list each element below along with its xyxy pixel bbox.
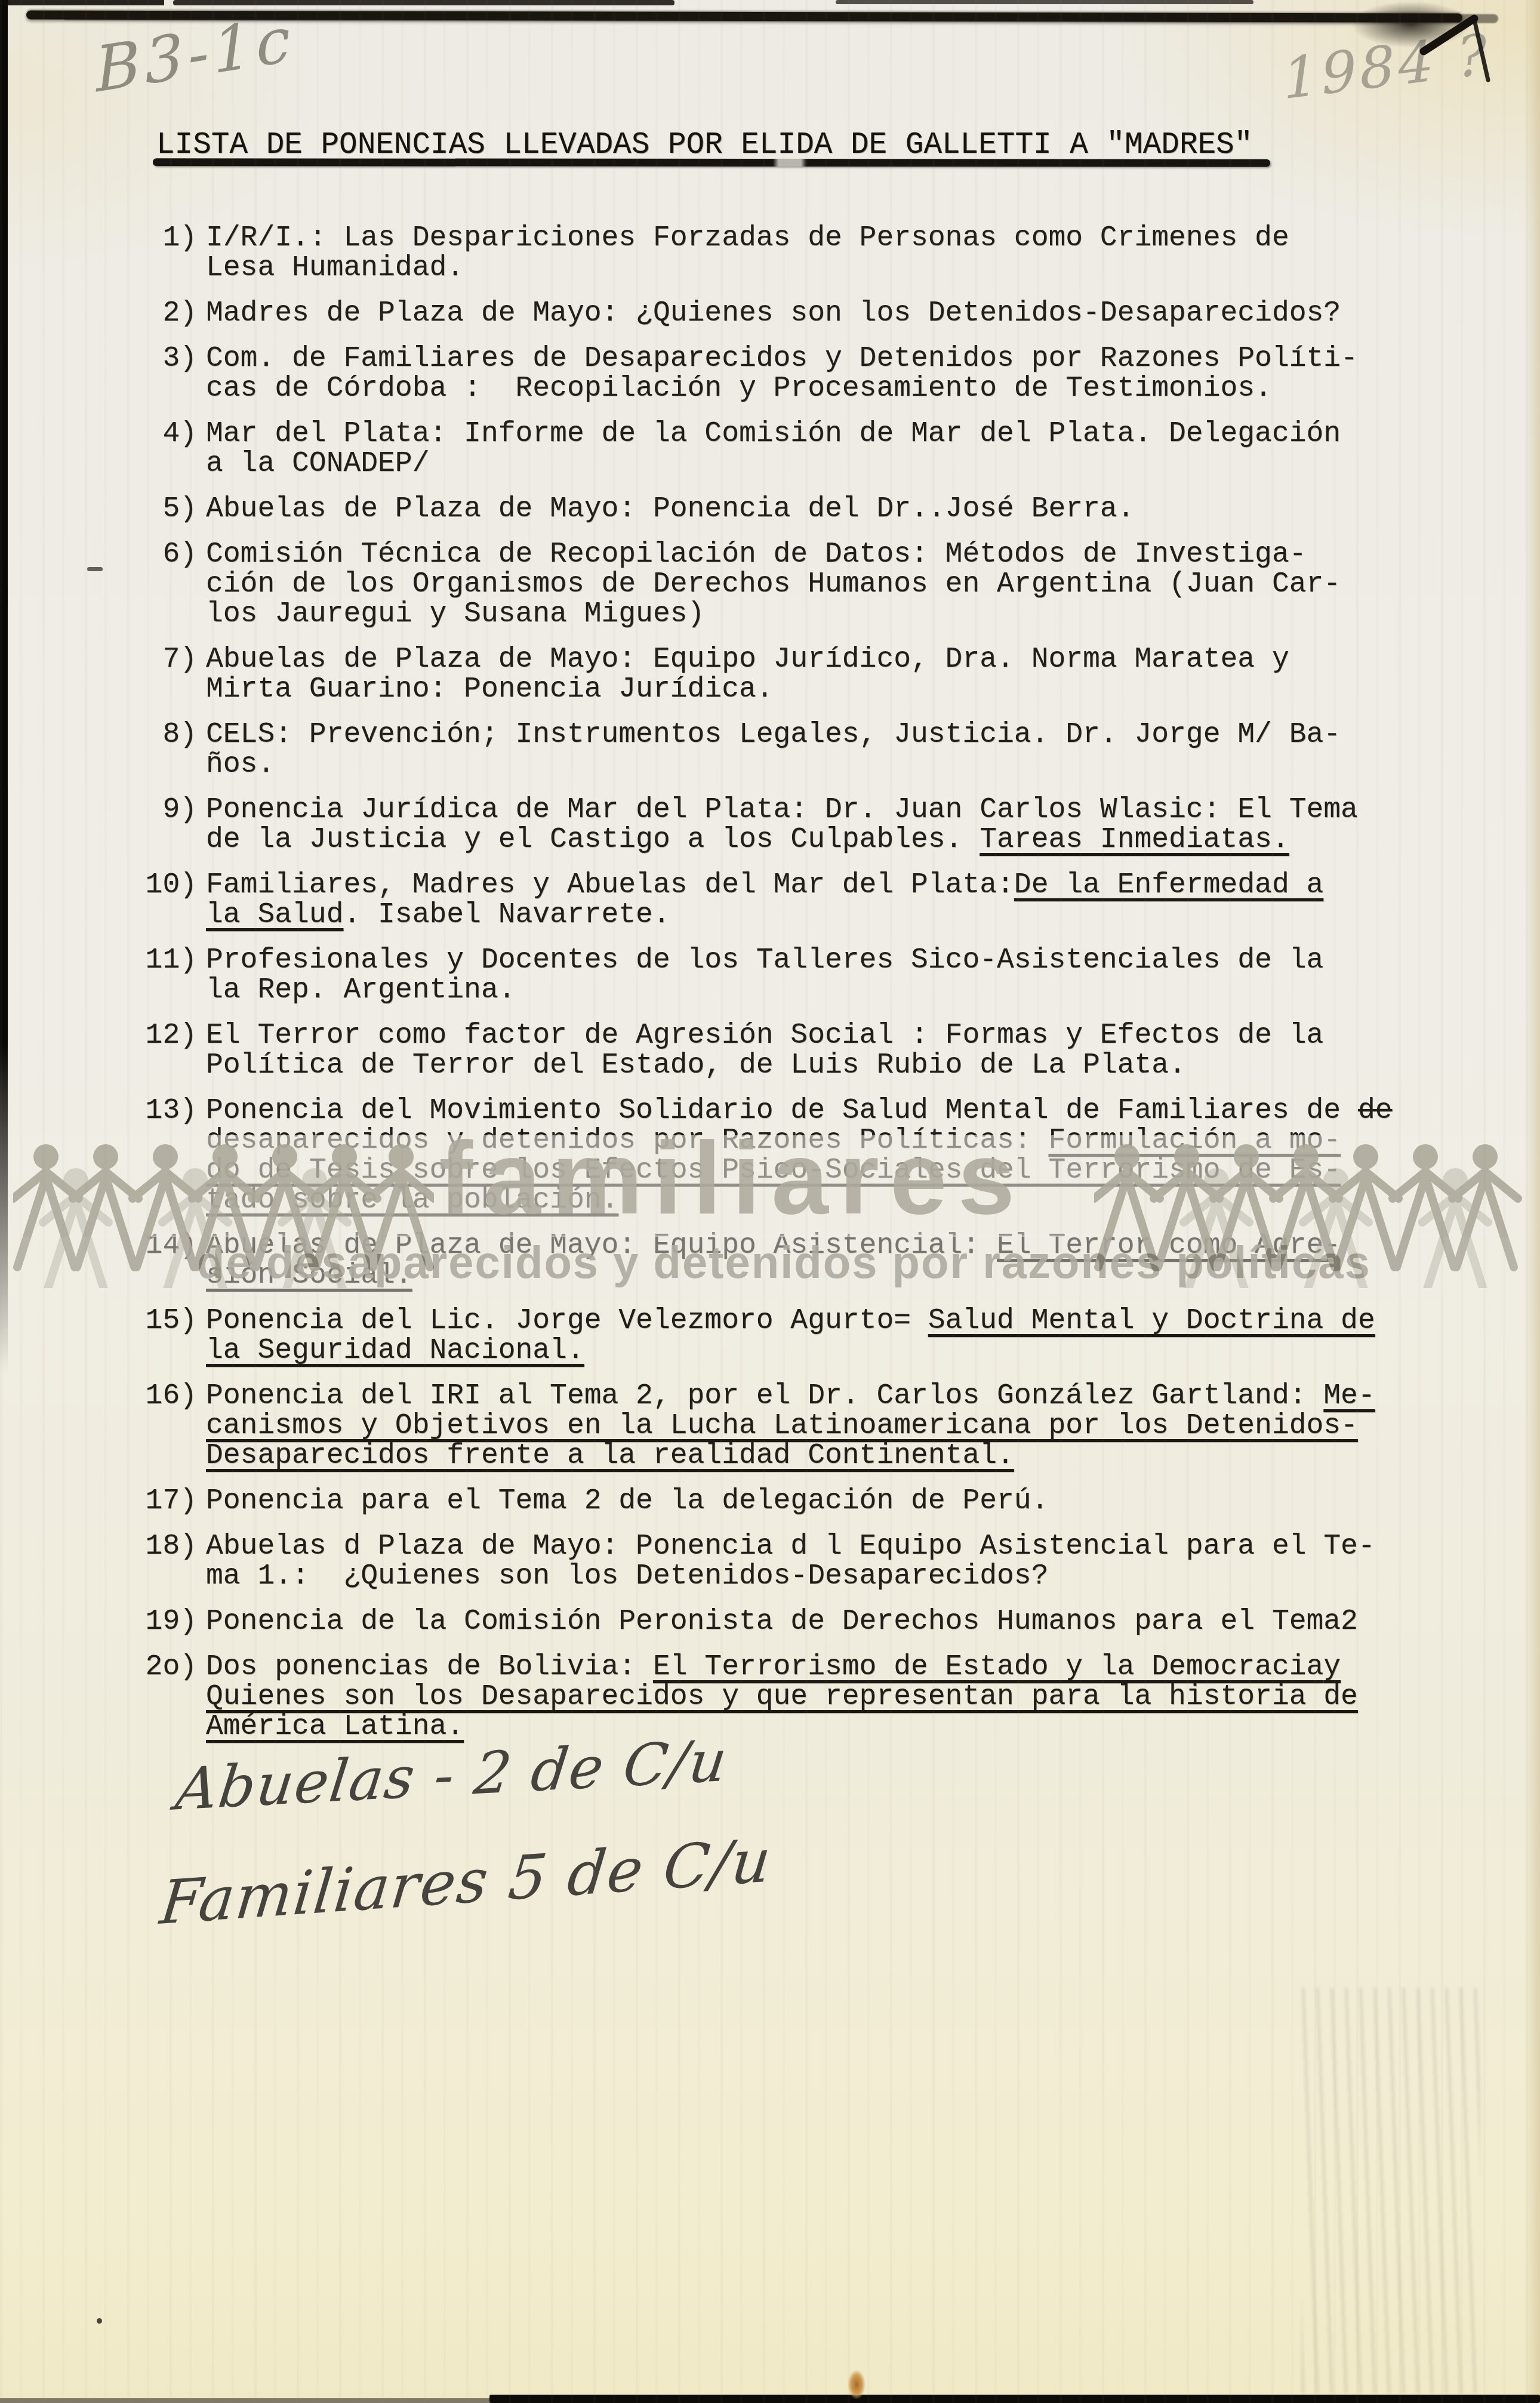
item-text: Mar del Plata: Informe de la Comisión de… xyxy=(206,419,1442,479)
item-text: Dos ponencias de Bolivia: El Terrorismo … xyxy=(206,1652,1442,1742)
item-number: 18) xyxy=(0,1532,197,1591)
list-item: 2o)Dos ponencias de Bolivia: El Terroris… xyxy=(0,1652,1540,1742)
item-text: El Terror como factor de Agresión Social… xyxy=(206,1021,1442,1080)
list-item: 16)Ponencia del IRI al Tema 2, por el Dr… xyxy=(0,1381,1540,1471)
scan-speck xyxy=(97,2318,102,2324)
item-number: 12) xyxy=(0,1021,197,1080)
item-number: 8) xyxy=(0,720,197,780)
list-item: 3)Com. de Familiares de Desaparecidos y … xyxy=(0,344,1540,403)
scan-edge-right xyxy=(1524,0,1540,2403)
list-item: 18)Abuelas d Plaza de Mayo: Ponencia d l… xyxy=(0,1532,1540,1591)
item-number: 1) xyxy=(0,223,197,283)
scan-top-line xyxy=(173,0,674,5)
item-text: Abuelas de Plaza de Mayo: Ponencia del D… xyxy=(206,494,1442,524)
list-item: 15)Ponencia del Lic. Jorge Velezmoro Agu… xyxy=(0,1306,1540,1366)
list-item: 2)Madres de Plaza de Mayo: ¿Quienes son … xyxy=(0,298,1540,328)
item-number: 15) xyxy=(0,1306,197,1366)
item-text: Ponencia de la Comisión Peronista de Der… xyxy=(206,1607,1442,1637)
item-text: Familiares, Madres y Abuelas del Mar del… xyxy=(206,870,1442,930)
list-item: 11)Profesionales y Docentes de los Talle… xyxy=(0,945,1540,1005)
item-text: Abuelas de Plaza de Mayo: Equipo Asisten… xyxy=(206,1231,1442,1290)
list-item: 10)Familiares, Madres y Abuelas del Mar … xyxy=(0,870,1540,930)
scan-top-line xyxy=(0,0,164,5)
item-number: 6) xyxy=(0,540,197,629)
list-item: 14)Abuelas de Plaza de Mayo: Equipo Asis… xyxy=(0,1231,1540,1290)
item-text: I/R/I.: Las Despariciones Forzadas de Pe… xyxy=(206,223,1442,283)
list-item: 12)El Terror como factor de Agresión Soc… xyxy=(0,1021,1540,1080)
item-number: 14) xyxy=(0,1231,197,1290)
document-title: LISTA DE PONENCIAS LLEVADAS POR ELIDA DE… xyxy=(156,130,1252,161)
list-item: 13)Ponencia del Movimiento Solidario de … xyxy=(0,1096,1540,1215)
item-number: 9) xyxy=(0,795,197,855)
scan-speck xyxy=(87,567,103,571)
item-text: Ponencia Jurídica de Mar del Plata: Dr. … xyxy=(206,795,1442,855)
item-text: Ponencia del IRI al Tema 2, por el Dr. C… xyxy=(206,1381,1442,1471)
item-number: 2o) xyxy=(0,1652,197,1742)
list-item: 19)Ponencia de la Comisión Peronista de … xyxy=(0,1607,1540,1637)
item-text: Madres de Plaza de Mayo: ¿Quienes son lo… xyxy=(206,298,1442,328)
list-item: 1)I/R/I.: Las Despariciones Forzadas de … xyxy=(0,223,1540,283)
pen-checkmark-icon xyxy=(1409,8,1498,89)
list-item: 4)Mar del Plata: Informe de la Comisión … xyxy=(0,419,1540,479)
item-text: Abuelas de Plaza de Mayo: Equipo Jurídic… xyxy=(206,645,1442,704)
item-number: 19) xyxy=(0,1607,197,1637)
item-number: 4) xyxy=(0,419,197,479)
list-item: 5)Abuelas de Plaza de Mayo: Ponencia del… xyxy=(0,494,1540,524)
item-text: Ponencia del Movimiento Solidario de Sal… xyxy=(206,1096,1442,1215)
item-text: Abuelas d Plaza de Mayo: Ponencia d l Eq… xyxy=(206,1532,1442,1591)
item-text: CELS: Prevención; Instrumentos Legales, … xyxy=(206,720,1442,780)
item-number: 17) xyxy=(0,1486,197,1516)
item-number: 7) xyxy=(0,645,197,704)
scan-smudge xyxy=(1301,1988,1480,2393)
handwritten-note: Familiares 5 de C/u xyxy=(157,1825,775,1939)
item-text: Com. de Familiares de Desaparecidos y De… xyxy=(206,344,1442,403)
title-underline xyxy=(153,158,1270,167)
item-text: Profesionales y Docentes de los Talleres… xyxy=(206,945,1442,1005)
item-text: Ponencia del Lic. Jorge Velezmoro Agurto… xyxy=(206,1306,1442,1366)
scan-bottom-edge xyxy=(489,2395,1540,2403)
stain-spot xyxy=(848,2370,866,2399)
ponencias-list: 1)I/R/I.: Las Despariciones Forzadas de … xyxy=(0,223,1540,1757)
list-item: 7)Abuelas de Plaza de Mayo: Equipo Juríd… xyxy=(0,645,1540,704)
item-number: 13) xyxy=(0,1096,197,1215)
item-text: Comisión Técnica de Recopilación de Dato… xyxy=(206,540,1442,629)
list-item: 6)Comisión Técnica de Recopilación de Da… xyxy=(0,540,1540,629)
item-number: 10) xyxy=(0,870,197,930)
scan-top-line xyxy=(836,0,1253,4)
list-item: 17)Ponencia para el Tema 2 de la delegac… xyxy=(0,1486,1540,1516)
scan-bottom-edge xyxy=(0,2398,495,2403)
list-item: 9)Ponencia Jurídica de Mar del Plata: Dr… xyxy=(0,795,1540,855)
scan-edge-left xyxy=(0,0,8,1373)
item-number: 2) xyxy=(0,298,197,328)
item-number: 5) xyxy=(0,494,197,524)
item-text: Ponencia para el Tema 2 de la delegación… xyxy=(206,1486,1442,1516)
item-number: 16) xyxy=(0,1381,197,1471)
item-number: 3) xyxy=(0,344,197,403)
list-item: 8)CELS: Prevención; Instrumentos Legales… xyxy=(0,720,1540,780)
document-page: B3-1c 1984 ? LISTA DE PONENCIAS LLEVADAS… xyxy=(0,0,1540,2403)
item-number: 11) xyxy=(0,945,197,1005)
